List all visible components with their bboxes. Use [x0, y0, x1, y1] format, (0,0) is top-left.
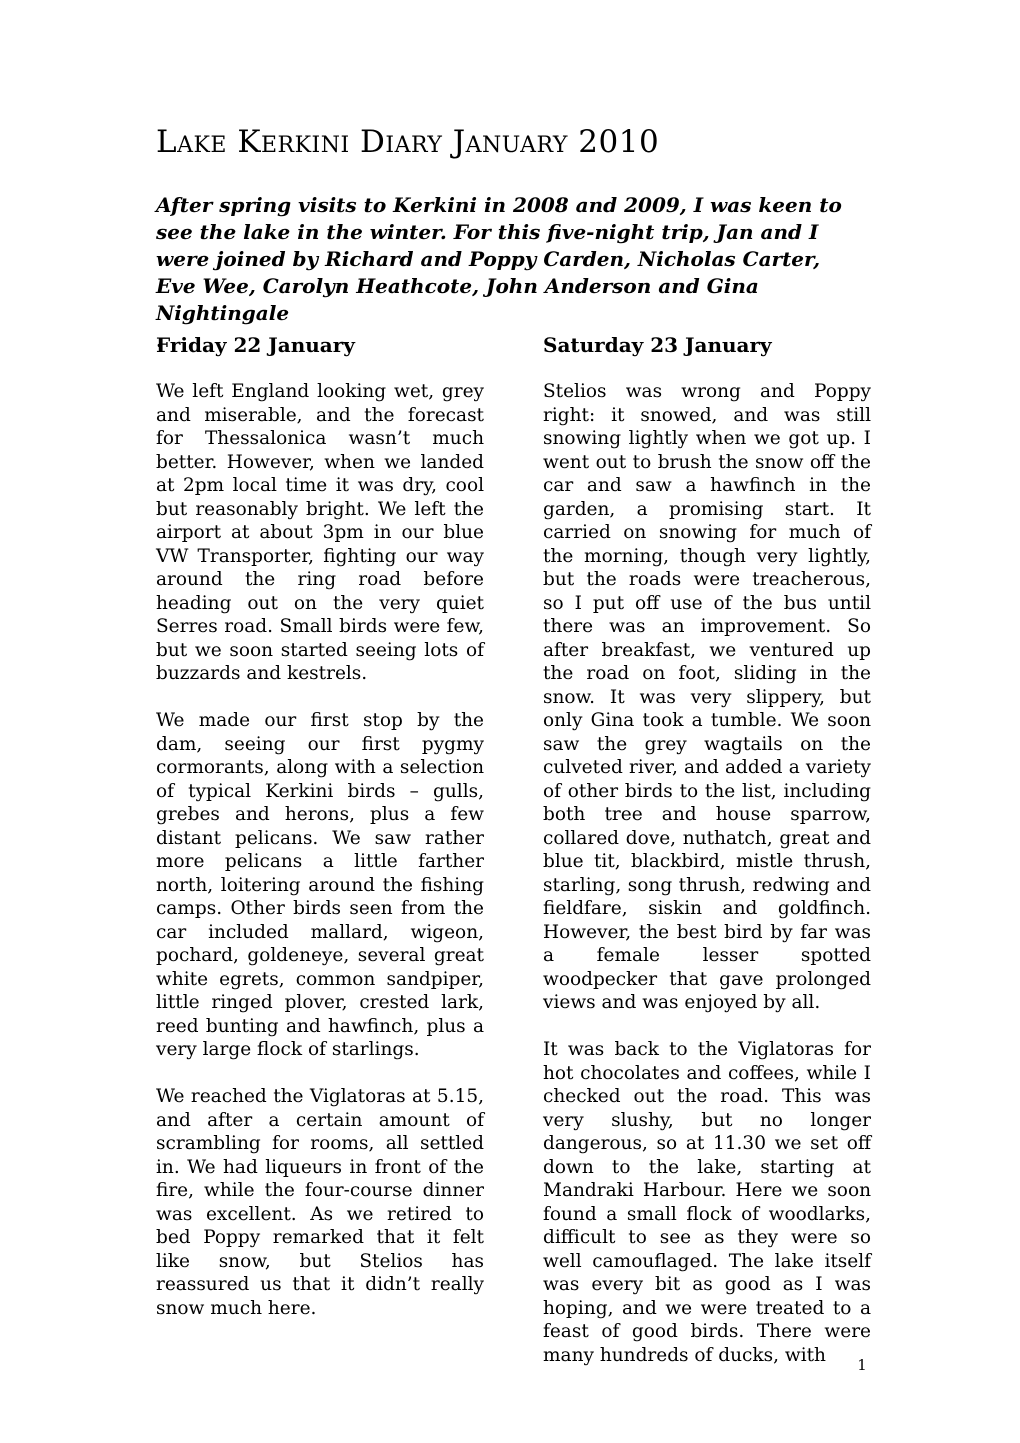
column-right: Saturday 23 January Stelios was wrong an… [543, 333, 871, 1391]
day-heading-saturday: Saturday 23 January [543, 333, 871, 357]
paragraph: It was back to the Viglatoras for hot ch… [543, 1038, 871, 1367]
intro-block: After spring visits to Kerkini in 2008 a… [156, 192, 862, 354]
paragraph: We left England looking wet, grey and mi… [156, 380, 484, 686]
document-title: Lake Kerkini Diary January 2010 [156, 124, 872, 160]
paragraph: Stelios was wrong and Poppy right: it sn… [543, 380, 871, 1015]
document-page: Lake Kerkini Diary January 2010 After sp… [0, 0, 1020, 1443]
page-number: 1 [850, 1356, 874, 1374]
day-heading-friday: Friday 22 January [156, 333, 484, 357]
paragraph: We made our first stop by the dam, seein… [156, 709, 484, 1062]
paragraph: We reached the Viglatoras at 5.15, and a… [156, 1085, 484, 1320]
column-left: Friday 22 January We left England lookin… [156, 333, 484, 1391]
two-column-body: Friday 22 January We left England lookin… [156, 333, 870, 1391]
intro-paragraph: After spring visits to Kerkini in 2008 a… [156, 192, 862, 327]
